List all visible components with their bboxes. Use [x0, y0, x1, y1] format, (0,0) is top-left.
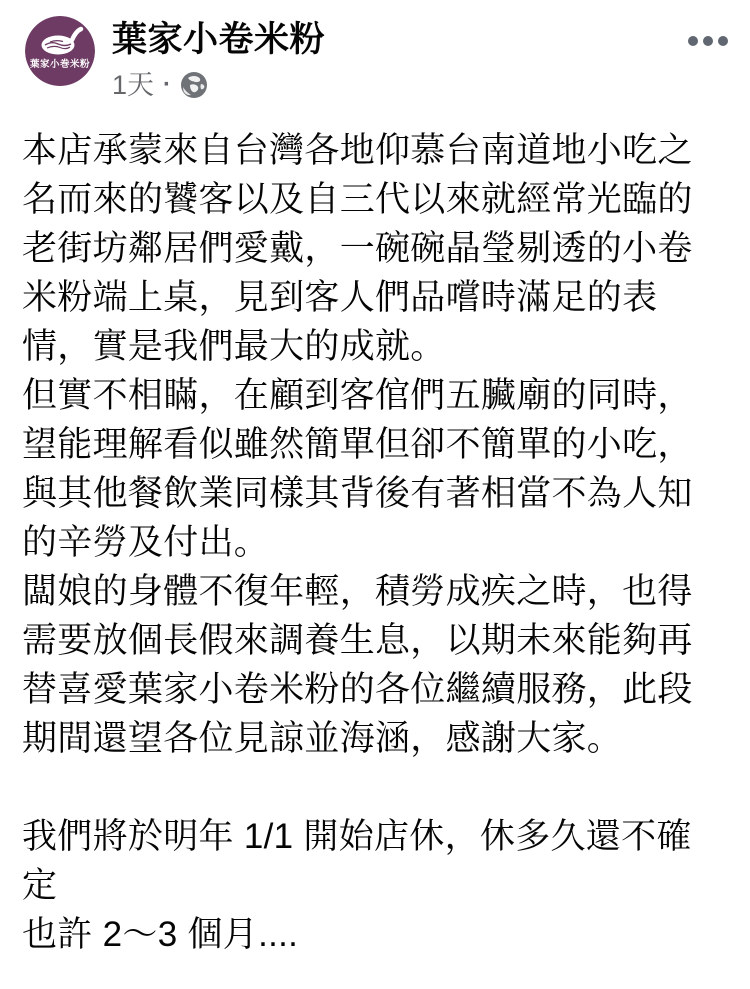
- svg-text:葉家小巻米粉: 葉家小巻米粉: [30, 58, 90, 70]
- post-meta: 1天 ·: [112, 70, 325, 100]
- facebook-post: 葉家小巻米粉 葉家小卷米粉 1天 ·: [0, 0, 750, 989]
- more-options-button[interactable]: [682, 30, 734, 52]
- post-text-line: 我們將於明年 1/1 開始店休，休多久還不確: [22, 812, 728, 861]
- post-text-line: [22, 763, 728, 812]
- post-text-line: 情，實是我們最大的成就。: [22, 322, 728, 371]
- more-dot: [703, 36, 713, 46]
- more-dot: [688, 36, 698, 46]
- post-text-line: 替喜愛葉家小卷米粉的各位繼續服務，此段: [22, 665, 728, 714]
- post-text-line: 闆娘的身體不復年輕，積勞成疾之時，也得: [22, 567, 728, 616]
- page-avatar[interactable]: 葉家小巻米粉: [25, 16, 95, 86]
- more-dot: [718, 36, 728, 46]
- page-name-link[interactable]: 葉家小卷米粉: [112, 18, 325, 62]
- post-text-line: 也許 2～3 個月....: [22, 910, 728, 959]
- meta-separator: ·: [163, 70, 171, 100]
- post-text-line: 需要放個長假來調養生息，以期未來能夠再: [22, 616, 728, 665]
- post-text-line: 本店承蒙來自台灣各地仰慕台南道地小吃之: [22, 126, 728, 175]
- post-header: 葉家小巻米粉 葉家小卷米粉 1天 ·: [0, 0, 750, 100]
- post-text-line: 期間還望各位見諒並海涵，感謝大家。: [22, 714, 728, 763]
- post-text-line: 望能理解看似雖然簡單但卻不簡單的小吃，: [22, 420, 728, 469]
- post-text-line: 米粉端上桌，見到客人們品嚐時滿足的表: [22, 273, 728, 322]
- post-text-line: 名而來的饕客以及自三代以來就經常光臨的: [22, 175, 728, 224]
- globe-icon: [180, 71, 208, 99]
- post-text-line: 定: [22, 861, 728, 910]
- post-text: 本店承蒙來自台灣各地仰慕台南道地小吃之名而來的饕客以及自三代以來就經常光臨的老街…: [0, 100, 750, 959]
- post-header-info: 葉家小卷米粉 1天 ·: [112, 16, 325, 100]
- post-text-line: 的辛勞及付出。: [22, 518, 728, 567]
- post-text-line: 但實不相瞞，在顧到客倌們五臟廟的同時，: [22, 371, 728, 420]
- post-text-line: 老街坊鄰居們愛戴，一碗碗晶瑩剔透的小卷: [22, 224, 728, 273]
- post-timestamp[interactable]: 1天: [112, 70, 154, 100]
- page-avatar-illustration: 葉家小巻米粉: [25, 16, 95, 86]
- post-text-line: 與其他餐飲業同樣其背後有著相當不為人知: [22, 469, 728, 518]
